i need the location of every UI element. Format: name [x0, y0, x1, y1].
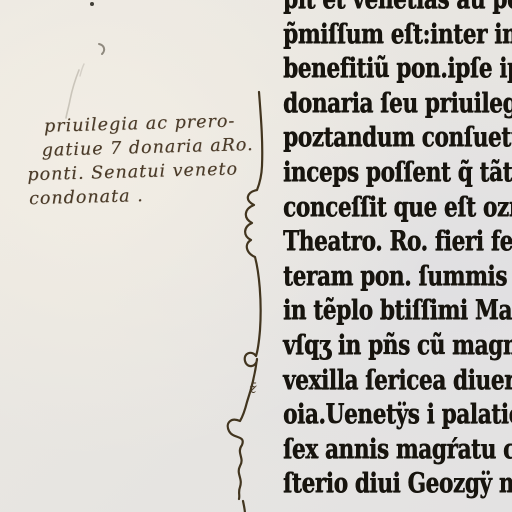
- margin-brace-tail: [243, 501, 245, 512]
- pencil-smudge: [66, 70, 79, 118]
- printed-line: donaria ſeu priuilegia: [283, 87, 512, 122]
- printed-line: teram pon. ſummis ſi: [283, 260, 512, 295]
- printed-line: p̃miſſum eſt:inter imp: [283, 18, 512, 53]
- printed-line: poztandum conſuetudi: [283, 121, 512, 156]
- printed-line: oia.Uenetÿs i palatio: [283, 398, 512, 433]
- printed-line: Theatro. Ro. fieri fe: [283, 225, 512, 260]
- pencil-smudge: [80, 64, 84, 76]
- ink-curl-mark: [99, 44, 104, 54]
- marginal-note-line: condonata .: [28, 181, 264, 212]
- printed-line: vſqʒ in pñs cũ magna: [283, 329, 512, 364]
- printed-line: benefitiũ pon.ipſe ipĩ: [283, 52, 512, 87]
- marginal-annotation: priuilegia ac prero- gatiue 7 donaria aR…: [26, 109, 264, 212]
- ink-speck: [90, 2, 94, 6]
- printed-line: inceps poſſent q̃ tãtu: [283, 156, 512, 191]
- abbreviation-mark: z̄: [249, 381, 256, 397]
- incunable-page: pit et venetias au poñ p̃miſſum eſt:inte…: [0, 0, 512, 512]
- printed-line: ſex annis magŕatu co: [283, 433, 512, 468]
- printed-line: conceſſit que eſt ozna: [283, 191, 512, 226]
- printed-line: vexilla ſericea diuerſe: [283, 364, 512, 399]
- printed-line: in tẽplo btiſſimi Ma: [283, 294, 512, 329]
- printed-text-column: pit et venetias au poñ p̃miſſum eſt:inte…: [283, 0, 512, 502]
- printed-line: ſterio diui Geozgÿ ma: [283, 467, 512, 502]
- printed-line: pit et venetias au poñ: [283, 0, 512, 18]
